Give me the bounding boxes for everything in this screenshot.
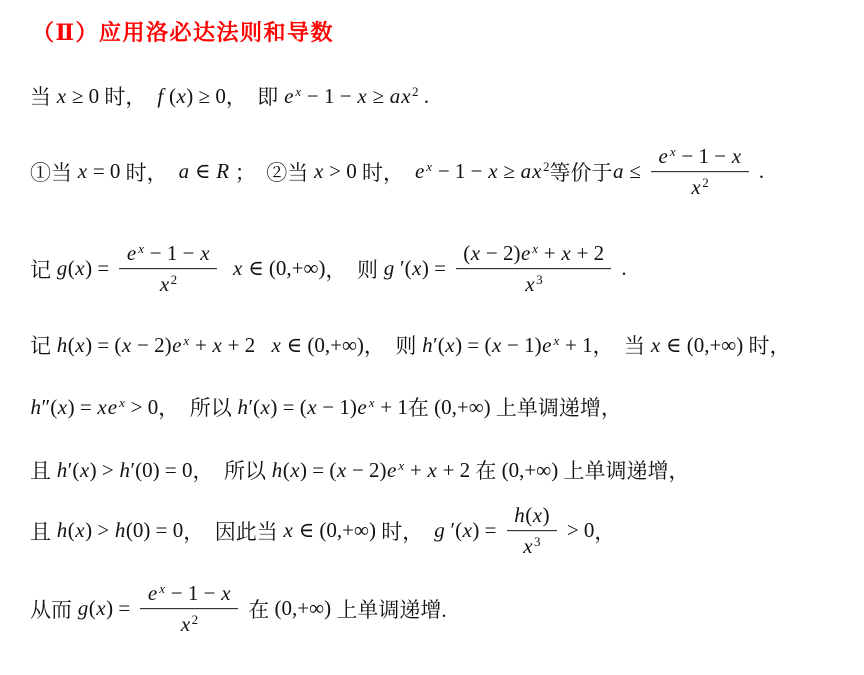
- fraction-part: ex − 1 − x: [651, 142, 749, 172]
- math-run: h(x) = (x − 2)ex + x + 2: [271, 458, 470, 483]
- text-run: 上单调递增.: [331, 594, 447, 624]
- superscript: 2: [170, 273, 178, 288]
- fraction-part: x3: [516, 532, 548, 561]
- superscript: 2: [411, 84, 419, 99]
- superscript: x: [425, 160, 433, 175]
- math-line: 记 h(x) = (x − 2)ex + x + 2 x ∈ (0,+∞)， 则…: [30, 330, 791, 360]
- text-run: 时，: [743, 330, 790, 360]
- superscript: x: [294, 84, 302, 99]
- fraction-part: x2: [152, 270, 184, 299]
- math-run: h″(x) = xex > 0: [30, 395, 158, 420]
- math-run: f (x) ≥ 0: [157, 84, 226, 109]
- math-run: g ′(x) =: [383, 257, 451, 282]
- superscript: x: [137, 241, 145, 256]
- math-run: (0,+∞): [502, 458, 559, 483]
- math-line: 当 x ≥ 0 时， f (x) ≥ 0， 即 ex − 1 − x ≥ ax2…: [30, 81, 429, 111]
- superscript: x: [182, 333, 190, 348]
- text-run: 上单调递增，: [558, 455, 689, 485]
- superscript: 3: [533, 535, 541, 550]
- fraction: ex − 1 − xx2: [119, 239, 217, 299]
- math-run: g ′(x) =: [434, 519, 502, 544]
- text-run: 时，: [357, 157, 415, 187]
- math-run: a ≤: [612, 160, 646, 185]
- text-run: 在: [470, 455, 502, 485]
- fraction-part: x3: [518, 270, 550, 299]
- math-line: 从而 g(x) = ex − 1 − xx2 在 (0,+∞) 上单调递增.: [30, 579, 447, 639]
- text-run: ， 则: [326, 254, 384, 284]
- math-run: h′(x) = (x − 1)ex + 1: [237, 395, 408, 420]
- fraction-part: h(x): [507, 501, 557, 531]
- text-run: ①当: [30, 157, 77, 187]
- page: { "page": { "background": "#ffffff", "te…: [0, 0, 864, 675]
- fraction: ex − 1 − xx2: [140, 579, 238, 639]
- math-run: (0,+∞): [275, 597, 332, 622]
- math-run: h(x) > h(0) = 0: [56, 519, 183, 544]
- text-run: 在: [243, 594, 275, 624]
- text-run: 上单调递增，: [491, 392, 622, 422]
- text-run: ， 所以: [158, 392, 237, 422]
- text-run: 时，: [376, 516, 434, 546]
- text-run: 时，: [99, 81, 157, 111]
- superscript: x: [531, 241, 539, 256]
- superscript: 2: [191, 613, 199, 628]
- fraction: h(x)x3: [507, 501, 557, 561]
- math-line: 且 h(x) > h(0) = 0， 因此当 x ∈ (0,+∞) 时， g ′…: [30, 501, 615, 561]
- math-run: a ∈ R: [178, 160, 229, 185]
- fraction-part: x2: [173, 610, 205, 639]
- text-run: 从而: [30, 594, 77, 624]
- math-line: h″(x) = xex > 0， 所以 h′(x) = (x − 1)ex + …: [30, 392, 622, 422]
- text-run: ， 即: [226, 81, 284, 111]
- fraction-part: ex − 1 − x: [119, 239, 217, 269]
- text-run: ， 因此当: [183, 516, 283, 546]
- superscript: x: [552, 333, 560, 348]
- text-run: 记: [30, 254, 56, 284]
- superscript: 3: [535, 273, 543, 288]
- math-line: ①当 x = 0 时， a ∈ R ； ②当 x > 0 时， ex − 1 −…: [30, 142, 764, 202]
- math-run: h′(x) = (x − 1)ex + 1: [422, 333, 593, 358]
- text-run: ， 所以: [192, 455, 271, 485]
- math-run: (0,+∞): [434, 395, 491, 420]
- math-run: > 0: [562, 519, 595, 544]
- text-run: 记: [30, 330, 56, 360]
- superscript: 2: [542, 160, 550, 175]
- math-run: g(x) =: [56, 257, 114, 282]
- fraction: (x − 2)ex + x + 2x3: [456, 239, 611, 299]
- text-run: 且: [30, 516, 56, 546]
- text-run: 当: [30, 81, 56, 111]
- text-run: ， 当: [593, 330, 651, 360]
- math-run: h′(x) > h′(0) = 0: [56, 458, 192, 483]
- superscript: x: [367, 395, 375, 410]
- math-run: h(x) = (x − 2)ex + x + 2 x ∈ (0,+∞): [56, 333, 364, 358]
- superscript: x: [668, 144, 676, 159]
- document-body: 当 x ≥ 0 时， f (x) ≥ 0， 即 ex − 1 − x ≥ ax2…: [0, 0, 864, 675]
- fraction: ex − 1 − xx2: [651, 142, 749, 202]
- fraction-part: (x − 2)ex + x + 2: [456, 239, 611, 269]
- text-run: 且: [30, 455, 56, 485]
- math-line: 且 h′(x) > h′(0) = 0， 所以 h(x) = (x − 2)ex…: [30, 455, 690, 485]
- math-run: ex − 1 − x ≥ ax2: [414, 160, 549, 185]
- math-run: .: [616, 257, 627, 282]
- text-run: ； ②当: [230, 157, 314, 187]
- superscript: x: [397, 458, 405, 473]
- math-run: .: [754, 160, 765, 185]
- text-run: 等价于: [549, 157, 612, 187]
- text-run: 时，: [120, 157, 178, 187]
- superscript: 2: [701, 176, 709, 191]
- math-run: x = 0: [77, 160, 120, 185]
- math-run: x ≥ 0: [56, 84, 99, 109]
- text-run: ，: [594, 516, 615, 546]
- math-run: x > 0: [314, 160, 357, 185]
- math-line: 记 g(x) = ex − 1 − xx2 x ∈ (0,+∞)， 则 g ′(…: [30, 239, 627, 299]
- math-run: g(x) =: [77, 597, 135, 622]
- math-run: x ∈ (0,+∞): [283, 519, 376, 544]
- math-run: ex − 1 − x ≥ ax2 .: [284, 84, 430, 109]
- fraction-part: x2: [684, 173, 716, 202]
- superscript: x: [158, 581, 166, 596]
- superscript: x: [118, 395, 126, 410]
- math-run: x ∈ (0,+∞): [650, 333, 743, 358]
- fraction-part: ex − 1 − x: [140, 579, 238, 609]
- text-run: 在: [408, 392, 434, 422]
- text-run: ， 则: [364, 330, 422, 360]
- math-run: x ∈ (0,+∞): [222, 257, 325, 282]
